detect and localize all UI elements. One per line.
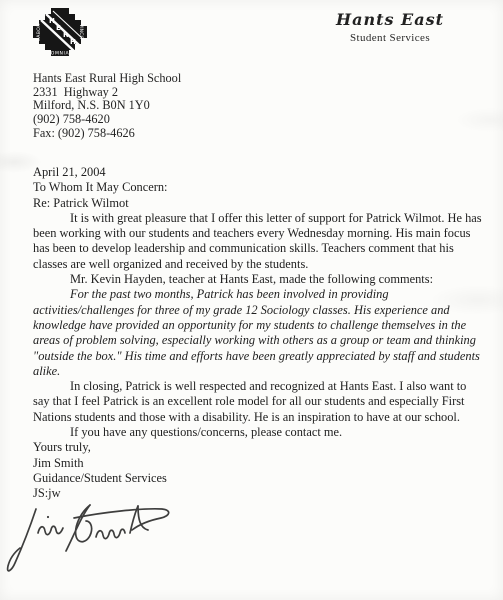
- school-address-block: Hants East Rural High School 2331 Highwa…: [33, 72, 181, 141]
- letter-paragraph-closing: In closing, Patrick is well respected an…: [33, 379, 482, 425]
- crest-initial-2: E: [56, 24, 61, 32]
- letter-quoted-comments: For the past two months, Patrick has bee…: [33, 287, 482, 379]
- letter-salutation: To Whom It May Concern:: [33, 180, 482, 195]
- letter-paragraph-kevin: Mr. Kevin Hayden, teacher at Hants East,…: [33, 272, 482, 287]
- letterhead-school-name: Hants East: [295, 10, 485, 29]
- signer-name: Jim Smith: [33, 456, 482, 471]
- letter-valediction: Yours truly,: [33, 440, 482, 455]
- crest-initial-3: R: [63, 31, 69, 39]
- crest-initial-1: H: [49, 17, 55, 25]
- crest-motto-bottom: OMNIA: [51, 51, 70, 57]
- handwritten-signature: [2, 497, 192, 579]
- letter-paragraph-intro: It is with great pleasure that I offer t…: [33, 211, 482, 272]
- address-line-city: Milford, N.S. B0N 1Y0: [33, 99, 181, 113]
- letterhead-brand: Hants East Student Services: [295, 10, 485, 44]
- letterhead-department: Student Services: [295, 32, 485, 44]
- letter-paragraph-contact: If you have any questions/concerns, plea…: [33, 425, 482, 440]
- school-crest-logo: H E R H LABOR VINCIT OMNIA: [29, 4, 91, 62]
- signer-title: Guidance/Student Services: [33, 471, 482, 486]
- crest-motto-right: VINCIT: [78, 24, 84, 40]
- crest-initial-4: H: [70, 38, 76, 46]
- address-line-street: 2331 Highway 2: [33, 86, 181, 100]
- letter-date: April 21, 2004: [33, 165, 482, 180]
- address-line-fax: Fax: (902) 758-4626: [33, 127, 181, 141]
- crest-motto-left: LABOR: [36, 23, 42, 41]
- scanned-letter-page: H E R H LABOR VINCIT OMNIA Hants East St…: [0, 0, 503, 600]
- letter-body: April 21, 2004 To Whom It May Concern: R…: [33, 165, 482, 502]
- letter-re-line: Re: Patrick Wilmot: [33, 196, 482, 211]
- address-line-school: Hants East Rural High School: [33, 72, 181, 86]
- address-line-phone: (902) 758-4620: [33, 113, 181, 127]
